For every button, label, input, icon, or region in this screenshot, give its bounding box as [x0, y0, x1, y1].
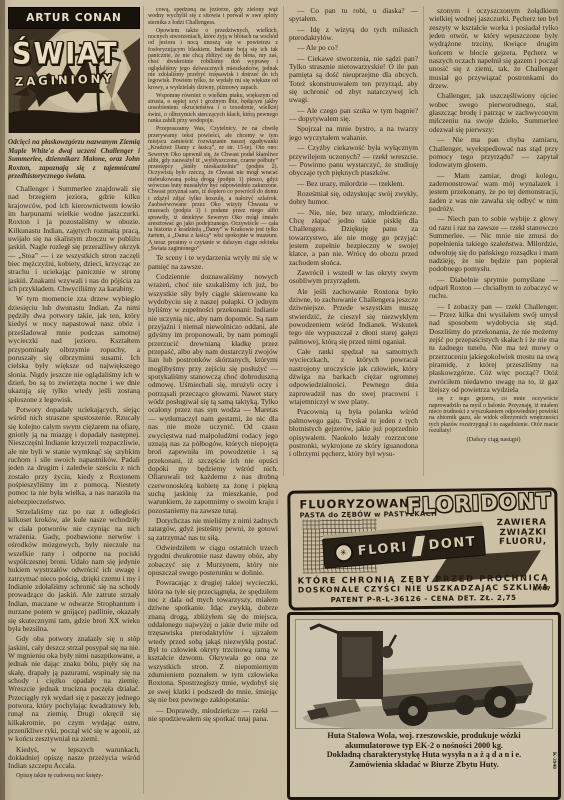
- floridont-benefit-line2: DOSKONALE CZYŚCI NIE USZKADZAJĄC SZKLIWA: [291, 582, 555, 594]
- novel-paragraph: Codziennie doznawaliśmy nowych wrażeń, c…: [148, 273, 278, 515]
- column-1: ARTUR CONAN DOYLE ŚWIAT ZAGINIONY: [8, 7, 140, 797]
- novel-paragraph: — Nie, nie, bez urazy, młodzieńcze. Chcę…: [289, 209, 418, 267]
- column-2: cową, spędzoną na jeziorze, gdy zielony …: [148, 7, 278, 797]
- novel-paragraph: — Bez urazy, milordzie — rzekłem.: [289, 180, 418, 188]
- novel-paragraph: W tym momencie zza drzew wybiegło dziesi…: [8, 295, 140, 403]
- novel-paragraph: Kiedyś, w lepszych warunkach, dokładniej…: [8, 746, 140, 771]
- package-brand-left: FLORI: [357, 539, 408, 558]
- ad-huta-stalowa-wola: Huta Stalowa Wola, woj. rzeszowskie, pro…: [287, 612, 561, 800]
- column-3: — Co pan tu robi, u diaska? — spytałem. …: [289, 7, 418, 483]
- floridont-brand-wordmark: FLORIDONT: [406, 489, 552, 519]
- ad-code: K-747: [533, 586, 551, 592]
- novel-paragraph: Powracając z drugiej takiej wycieczki, k…: [148, 579, 278, 704]
- column-4: szonym i oczyszczonym żołądkiem wielkiej…: [429, 7, 558, 475]
- novel-paragraph: Odwiedziłem w ciągu ostatnich trzech tyg…: [148, 544, 278, 577]
- magazine-page: ARTUR CONAN DOYLE ŚWIAT ZAGINIONY: [0, 0, 564, 800]
- novel-paragraph: — Doprawdy, młodzieńcze — rzekł — nie sp…: [148, 707, 278, 724]
- novel-paragraph: Challenger, jak uszczęśliwiony ojciec wo…: [429, 92, 558, 134]
- novel-paragraph: Strzelaliśmy raz po raz z odległości kil…: [8, 508, 140, 633]
- novel-paragraph: — Czyżby ciekawość była wyłącznym przywi…: [289, 144, 418, 177]
- huta-line3: Dokładną charakterystykę Huta wysyła n a…: [290, 750, 558, 760]
- package-diagonal-stripe: [410, 534, 425, 557]
- package-brand-right: DONT: [428, 534, 477, 553]
- masthead: ARTUR CONAN DOYLE ŚWIAT ZAGINIONY: [8, 7, 140, 133]
- novel-paragraph: — I zobaczy pan — rzekł Challenger. — Pr…: [429, 303, 558, 395]
- novel-paragraph: Spojrzał na mnie bystro, a na twarzy jeg…: [289, 125, 418, 142]
- novel-paragraph: Całe ranki spędzał na samotnych wycieczk…: [289, 348, 418, 406]
- huta-line2: akumulatorowe typ EK-2 o nośności 2000 k…: [290, 741, 558, 751]
- episode-caption: Odcięci na płaskowzgórzu nazwanym Ziemią…: [8, 138, 140, 181]
- to-be-continued-note: (Dalszy ciąg nastąpi): [429, 436, 558, 444]
- column-rule: [143, 6, 144, 794]
- novel-paragraph: Gdy oba potwory znalazły się u stóp jask…: [8, 635, 140, 743]
- package-cap-star-icon: ✳: [333, 542, 353, 562]
- novel-paragraph: Pracownią tą była polanka wśród palmoweg…: [289, 408, 418, 458]
- huta-line4: Zamówienia składać w Biurze Zbytu Huty.: [290, 760, 558, 770]
- novel-paragraph: — Ale po co?: [289, 44, 418, 52]
- novel-paragraph: Roześmiał się, odzyskując swój zwykły, d…: [289, 190, 418, 207]
- electric-platform-truck-photo: [295, 619, 553, 729]
- huta-ad-caption: Huta Stalowa Wola, woj. rzeszowskie, pro…: [290, 731, 558, 769]
- novel-paragraph-petit: Opiszę także tę cudowną noc księży-: [8, 773, 140, 779]
- floridont-claim: ZAWIERA ZWIĄZKI FLUORU,: [497, 518, 547, 547]
- masthead-illustration: ŚWIAT ZAGINIONY: [8, 29, 140, 133]
- novel-paragraph-petit: Wspomnę również o wielkim ptaku, większy…: [148, 93, 278, 124]
- author-banner: ARTUR CONAN DOYLE: [8, 7, 140, 29]
- novel-paragraph: — Ciekawe stworzenia, nie sądzi pan? Tyl…: [289, 55, 418, 105]
- novel-paragraph: — Mam zamiar, drogi kolego, zademonstrow…: [429, 172, 558, 214]
- novel-paragraph: Ale jeśli zachowanie Roxtona było dziwne…: [289, 288, 418, 346]
- novel-paragraph-petit: Opowiem także o przedziwnych, wielkich, …: [148, 28, 278, 91]
- novel-paragraph: — Diabelnie sprytnie pomyślane — odparł …: [429, 276, 558, 301]
- huta-line1: Huta Stalowa Wola, woj. rzeszowskie, pro…: [290, 731, 558, 741]
- ad-code: K-3940: [551, 752, 557, 769]
- series-title-line1: ŚWIAT: [12, 38, 119, 71]
- column-rule: [423, 6, 424, 476]
- novel-paragraph: — Idę z wizytą do tych milusich pterodak…: [289, 26, 418, 43]
- novel-paragraph-petit: cową, spędzoną na jeziorze, gdy zielony …: [148, 7, 278, 26]
- novel-paragraph: — Ale czego pan szuka w tym bagnie? — do…: [289, 107, 418, 124]
- novel-paragraph: — Niech pan to sobie wybije z głowy od r…: [429, 215, 558, 273]
- novel-paragraph: szonym i oczyszczonym żołądkiem wielkiej…: [429, 7, 558, 90]
- floridont-patent-price-line: PATENT P-R-L-36126 - CENA DET. ZŁ. 2,75: [292, 593, 556, 604]
- column-rule: [283, 6, 284, 476]
- puzzle-solution-note: Przepraszamy Was, Czytelnicy, że na chwi…: [148, 126, 278, 252]
- novel-paragraph: — Nie ma pan chyba zamiaru, Challenger, …: [429, 136, 558, 169]
- ad-floridont: FLUORYZOWANA PASTA do ZĘBÓW w PASTYLKACH…: [287, 487, 558, 610]
- novel-paragraph: Challenger i Summerlee znajdowali się na…: [8, 185, 140, 293]
- novel-paragraph: Te sceny i te wydarzenia wryły mi się w …: [148, 254, 278, 271]
- novel-paragraph: Dotychczas nie mieliśmy z nimi żadnych z…: [148, 517, 278, 542]
- torn-page-edge: [0, 0, 5, 800]
- novel-paragraph: Zawrócił i wszedł w las okryty swym osob…: [289, 269, 418, 286]
- novel-paragraph: — Co pan tu robi, u diaska? — spytałem.: [289, 7, 418, 24]
- floridont-headline: FLUORYZOWANA: [299, 496, 419, 511]
- novel-paragraph: Potwory dopadały uciekających, siejąc wś…: [8, 406, 140, 506]
- novel-paragraph-petit: się z tego gejzeru, co mnie oczywiście n…: [429, 396, 558, 434]
